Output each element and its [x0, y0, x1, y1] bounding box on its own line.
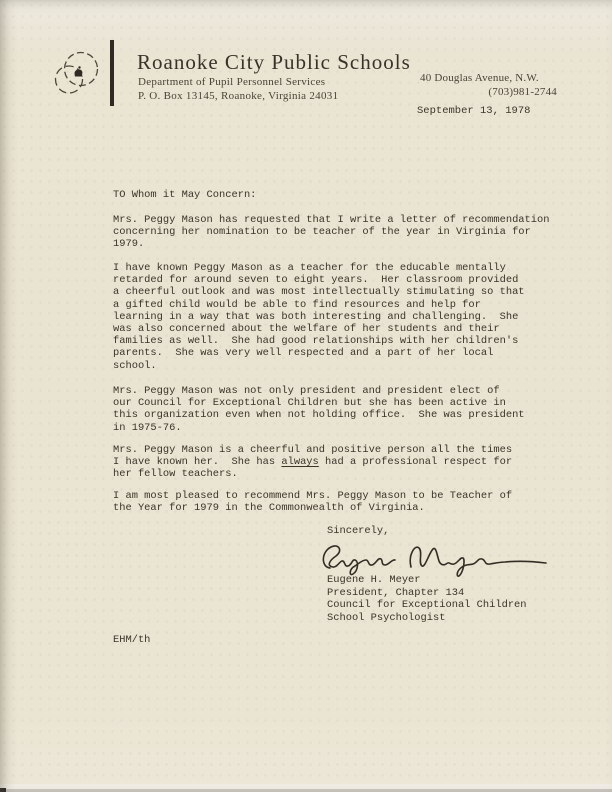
- phone-number: (703)981-2744: [420, 86, 557, 100]
- underlined-word: always: [281, 456, 318, 468]
- signature-block: Eugene H. Meyer President, Chapter 134 C…: [327, 574, 527, 625]
- scan-corner-artifact: [0, 788, 6, 792]
- paragraph-4: Mrs. Peggy Mason is a cheerful and posit…: [113, 444, 512, 481]
- closing-salutation: Sincerely,: [327, 525, 389, 537]
- salutation: TO Whom it May Concern:: [113, 189, 256, 201]
- paragraph-3: Mrs. Peggy Mason was not only president …: [113, 385, 525, 434]
- department-name: Department of Pupil Personnel Services: [138, 76, 338, 90]
- scanned-letter-page: Roanoke City Public Schools Department o…: [0, 0, 612, 792]
- letterhead-right-block: 40 Douglas Avenue, N.W. (703)981-2744: [420, 72, 557, 99]
- school-emblem-icon: [49, 46, 104, 101]
- letterhead-divider-bar: [110, 40, 114, 106]
- letterhead-left-block: Department of Pupil Personnel Services P…: [138, 76, 338, 103]
- paragraph-2: I have known Peggy Mason as a teacher fo…: [113, 262, 525, 372]
- po-box-line: P. O. Box 13145, Roanoke, Virginia 24031: [138, 90, 338, 104]
- typist-initials: EHM/th: [113, 634, 150, 646]
- paragraph-1: Mrs. Peggy Mason has requested that I wr…: [113, 214, 549, 251]
- paragraph-5: I am most pleased to recommend Mrs. Pegg…: [113, 490, 512, 514]
- street-address: 40 Douglas Avenue, N.W.: [420, 72, 557, 86]
- organization-name: Roanoke City Public Schools: [137, 50, 411, 75]
- letter-date: September 13, 1978: [417, 105, 530, 117]
